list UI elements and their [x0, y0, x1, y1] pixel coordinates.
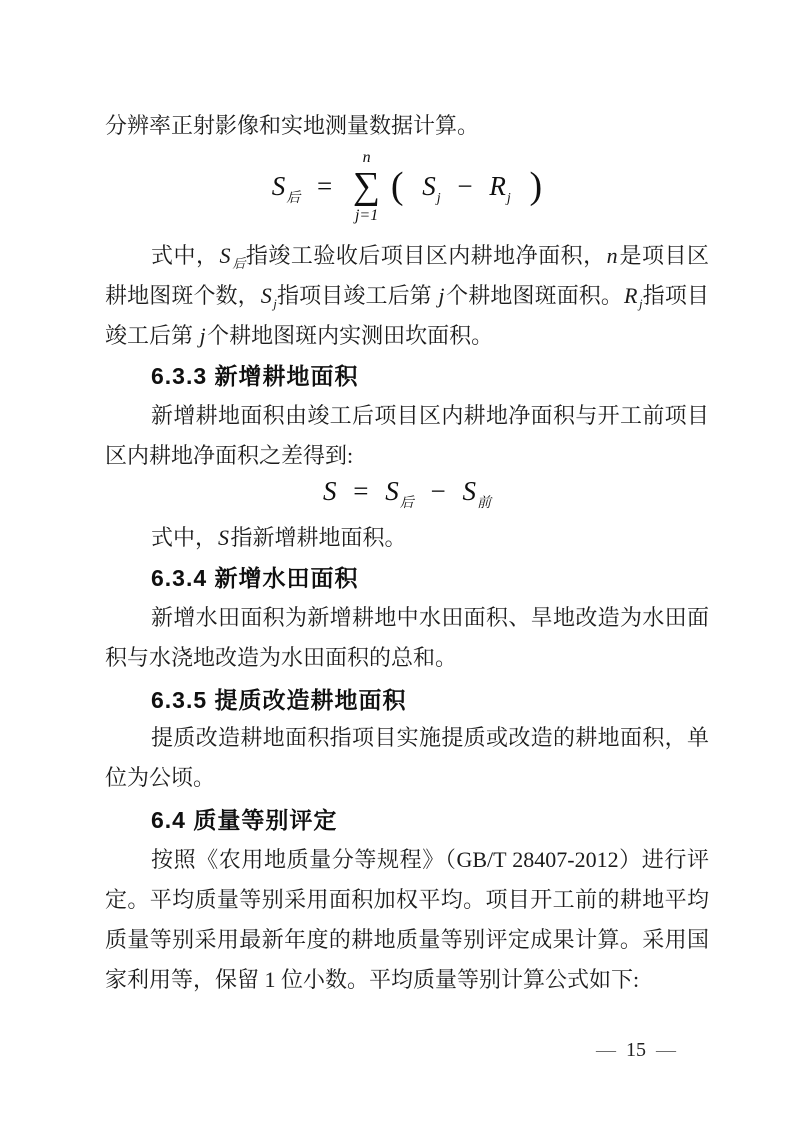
math-variable: S — [260, 283, 274, 308]
formula2-term1-subscript: 后 — [400, 496, 414, 511]
math-variable: R — [623, 283, 639, 308]
math-subscript: 后 — [232, 256, 246, 271]
paragraph-text: 指竣工验收后项目区内耕地净面积， — [246, 243, 606, 268]
heading-6-3-4: 6.3.4 新增水田面积 — [105, 558, 709, 598]
document-page: 分辨率正射影像和实地测量数据计算。 S后 = n ∑ j=1 ( Sj − Rj… — [0, 0, 793, 1122]
paragraph-text: 式中， — [151, 243, 218, 268]
paragraph-formula2-explanation: 式中，S指新增耕地面积。 — [105, 518, 709, 558]
paragraph-text: 指项目竣工后第 — [277, 283, 438, 308]
formula2-term2: S — [462, 476, 476, 506]
paragraph-text: 式中， — [151, 525, 217, 550]
formula-s-difference: S = S后 − S前 — [105, 478, 709, 511]
intro-continuation-line: 分辨率正射影像和实地测量数据计算。 — [105, 106, 709, 146]
page-number-dash-left: — — [596, 1039, 616, 1061]
formula1-right-paren: ) — [530, 167, 543, 205]
paragraph-text: 指新增耕地面积。 — [231, 525, 407, 550]
formula1-lhs: S — [272, 171, 286, 201]
formula1-term2-subscript: j — [507, 191, 511, 206]
page-number-value: 15 — [626, 1039, 646, 1061]
heading-6-4: 6.4 质量等别评定 — [105, 800, 709, 840]
formula1-term1: S — [422, 171, 436, 201]
sigma-symbol: ∑ — [353, 167, 380, 205]
formula1-left-paren: ( — [391, 167, 404, 205]
heading-6-3-3: 6.3.3 新增耕地面积 — [105, 356, 709, 396]
paragraph-text: 个耕地图斑内实测田坎面积。 — [207, 323, 493, 348]
paragraph-quality-improved-area: 提质改造耕地面积指项目实施提质或改造的耕地面积，单位为公顷。 — [105, 718, 709, 798]
formula-s-hou-sum: S后 = n ∑ j=1 ( Sj − Rj ) — [105, 152, 709, 226]
formula2-term2-subscript: 前 — [477, 496, 491, 511]
formula2-minus: − — [431, 476, 446, 506]
summation-lower-limit: j=1 — [355, 208, 378, 224]
paragraph-quality-grade-evaluation: 按照《农用地质量分等规程》（GB/T 28407-2012）进行评定。平均质量等… — [105, 840, 709, 1000]
paragraph-text: 个耕地图斑面积。 — [446, 283, 623, 308]
formula1-term1-subscript: j — [437, 191, 441, 206]
page-number: —15— — [105, 1038, 709, 1062]
formula2-equals: = — [353, 476, 368, 506]
math-variable: j — [437, 283, 446, 308]
formula1-lhs-subscript: 后 — [286, 191, 300, 206]
math-variable: j — [199, 323, 208, 348]
intro-text: 分辨率正射影像和实地测量数据计算。 — [105, 113, 479, 138]
summation-block: n ∑ j=1 — [353, 150, 380, 224]
heading-6-3-5: 6.3.5 提质改造耕地面积 — [105, 680, 709, 720]
formula2-term1: S — [385, 476, 399, 506]
summation-upper-limit: n — [363, 150, 371, 166]
page-number-dash-right: — — [656, 1039, 676, 1061]
math-variable: S — [218, 243, 232, 268]
paragraph-new-paddy: 新增水田面积为新增耕地中水田面积、旱地改造为水田面积与水浇地改造为水田面积的总和… — [105, 598, 709, 678]
formula2-lhs: S — [323, 476, 337, 506]
formula1-equals: = — [317, 171, 332, 201]
math-variable: S — [217, 525, 231, 550]
formula1-term2: R — [489, 171, 506, 201]
formula1-minus: − — [457, 171, 472, 201]
paragraph-new-farmland: 新增耕地面积由竣工后项目区内耕地净面积与开工前项目区内耕地净面积之差得到: — [105, 396, 709, 476]
paragraph-formula1-explanation: 式中，S后指竣工验收后项目区内耕地净面积，n是项目区耕地图斑个数，Sj指项目竣工… — [105, 236, 709, 356]
math-variable: n — [606, 243, 620, 268]
